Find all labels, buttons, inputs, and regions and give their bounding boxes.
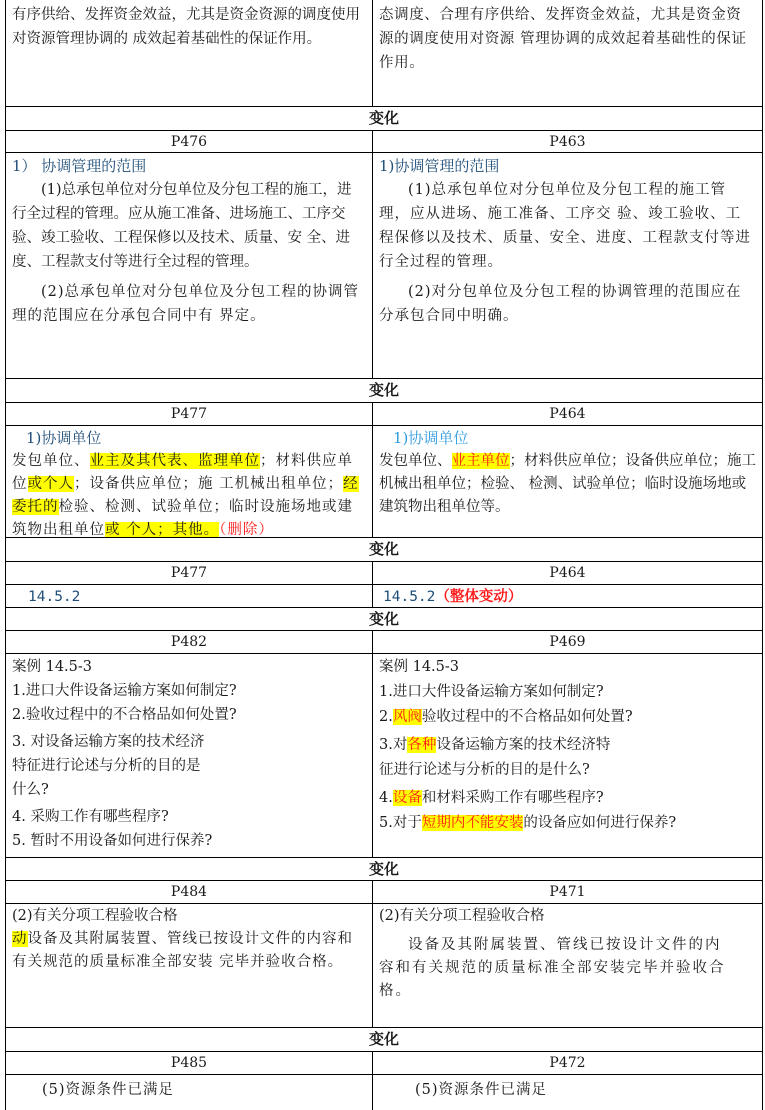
change-header-row: 变化: [5, 378, 763, 402]
old-page-number: P476: [6, 131, 373, 152]
highlighted-text: 风阀: [393, 709, 422, 725]
highlighted-text: 各种: [407, 737, 436, 753]
paragraph: (2)对分包单位及分包工程的协调管理的范围应在分承包合同中明确。: [379, 280, 756, 328]
change-label: 变化: [6, 107, 762, 130]
section-number: 14.5.2: [383, 589, 435, 605]
old-page-number: P485: [6, 1052, 373, 1074]
table-row: 案例 14.5-3 1.进口大件设备运输方案如何制定? 2.验收过程中的不合格品…: [5, 653, 763, 857]
text: 5.对于: [379, 815, 422, 831]
question: 2.风阀验收过程中的不合格品如何处置?: [379, 705, 756, 730]
text: 发包单位、: [379, 453, 452, 469]
text: 设备运输方案的技术经济特: [436, 737, 610, 753]
new-page-number: P464: [373, 403, 762, 425]
paragraph: 发包单位、业主单位；材料供应单位；设备供应单位；施工机械出租单位；检验、 检测、…: [379, 450, 756, 519]
text: ；设备供应单位；施 工机械出租单位；: [74, 476, 343, 492]
item-text: (5)资源条件已满足: [42, 1082, 174, 1098]
text: 3.对: [379, 737, 407, 753]
text: 发包单位、: [12, 453, 90, 469]
paragraph: 动设备及其附属装置、管线已按设计文件的内容和有关规范的质量标准全部安装 完毕并验…: [12, 928, 366, 974]
paragraph: 设备及其附属装置、管线已按设计文件的内容和有关规范的质量标准全部安装完毕并验收合…: [379, 934, 756, 1003]
text: 设备及其附属装置、管线已按设计文件的内容和有关规范的质量标准全部安装 完毕并验收…: [12, 931, 353, 970]
text: 的设备应如何进行保养?: [523, 815, 676, 831]
section-heading: 1)协调单位: [12, 427, 366, 450]
change-note: （整体变动）: [435, 588, 522, 605]
question: 4.设备和材料采购工作有哪些程序?: [379, 786, 756, 811]
item-text: (5)资源条件已满足: [415, 1082, 547, 1098]
table-row: 有序供给、发挥资金效益，尤其是资金资源的调度使用对资源管理协调的 成效起着基础性…: [5, 0, 763, 106]
section-heading: 1） 协调管理的范围: [12, 154, 366, 178]
old-page-number: P477: [6, 562, 373, 584]
highlighted-text: 业主单位: [452, 453, 510, 469]
table-row: (5)资源条件已满足 (5)资源条件已满足: [5, 1074, 763, 1110]
question: 特征进行论述与分析的目的是: [12, 754, 366, 778]
new-page-number: P469: [373, 631, 762, 653]
old-text: 有序供给、发挥资金效益，尤其是资金资源的调度使用对资源管理协调的 成效起着基础性…: [12, 3, 366, 51]
new-text: 态调度、合理有序供给、发挥资金效益，尤其是资金资源的调度使用对资源 管理协调的成…: [379, 3, 756, 75]
table-row: 1） 协调管理的范围 (1)总承包单位对分包单位及分包工程的施工，进行全过程的管…: [5, 152, 763, 378]
section-heading: 1)协调单位: [379, 427, 756, 450]
table-row: 14.5.2 14.5.2（整体变动）: [5, 584, 763, 607]
comparison-table: 有序供给、发挥资金效益，尤其是资金资源的调度使用对资源管理协调的 成效起着基础性…: [5, 0, 763, 1110]
item-heading: (2)有关分项工程验收合格: [379, 905, 756, 928]
new-text-cell: 案例 14.5-3 1.进口大件设备运输方案如何制定? 2.风阀验收过程中的不合…: [373, 654, 762, 857]
highlighted-text: 或个人: [28, 476, 75, 492]
highlighted-text: 动: [12, 931, 28, 947]
question: 5. 暂时不用设备如何进行保养?: [12, 829, 366, 853]
old-text-cell: 14.5.2: [6, 585, 373, 607]
highlighted-text: 或 个人；其他。: [105, 522, 219, 537]
item-heading: (2)有关分项工程验收合格: [12, 905, 366, 928]
paragraph: (1)总承包单位对分包单位及分包工程的施工管理，应从进场、施工准备、工序交 验、…: [379, 178, 756, 274]
page-row: P476 P463: [5, 130, 763, 152]
question: 3. 对设备运输方案的技术经济: [12, 730, 366, 754]
text: 验收过程中的不合格品如何处置?: [422, 709, 633, 725]
change-header-row: 变化: [5, 106, 763, 130]
new-text-cell: 态调度、合理有序供给、发挥资金效益，尤其是资金资源的调度使用对资源 管理协调的成…: [373, 0, 762, 106]
table-row: 1)协调单位 发包单位、业主及其代表、监理单位；材料供应单位或个人；设备供应单位…: [5, 425, 763, 537]
new-text-cell: (5)资源条件已满足: [373, 1075, 762, 1110]
old-text-cell: 有序供给、发挥资金效益，尤其是资金资源的调度使用对资源管理协调的 成效起着基础性…: [6, 0, 373, 106]
new-page-number: P471: [373, 881, 762, 903]
old-text-cell: (5)资源条件已满足: [6, 1075, 373, 1110]
question: 1.进口大件设备运输方案如何制定?: [12, 679, 366, 703]
change-header-row: 变化: [5, 537, 763, 561]
old-text-cell: (2)有关分项工程验收合格 动设备及其附属装置、管线已按设计文件的内容和有关规范…: [6, 904, 373, 1027]
text: 和材料采购工作有哪些程序?: [422, 790, 604, 806]
new-page-number: P463: [373, 131, 762, 152]
table-row: (2)有关分项工程验收合格 动设备及其附属装置、管线已按设计文件的内容和有关规范…: [5, 903, 763, 1027]
change-header-row: 变化: [5, 857, 763, 880]
case-title: 案例 14.5-3: [379, 655, 756, 680]
case-title: 案例 14.5-3: [12, 655, 366, 679]
new-page-number: P472: [373, 1052, 762, 1074]
question: 3.对各种设备运输方案的技术经济特: [379, 733, 756, 758]
question: 征进行论述与分析的目的是什么?: [379, 758, 756, 783]
question: 什么?: [12, 778, 366, 802]
delete-note: （删除）: [219, 522, 274, 537]
change-label: 变化: [6, 379, 762, 402]
section-number: 14.5.2: [28, 589, 80, 605]
old-text-cell: 1） 协调管理的范围 (1)总承包单位对分包单位及分包工程的施工，进行全过程的管…: [6, 153, 373, 378]
old-page-number: P477: [6, 403, 373, 425]
text: 2.: [379, 709, 393, 725]
page-row: P477 P464: [5, 402, 763, 425]
new-page-number: P464: [373, 562, 762, 584]
change-label: 变化: [6, 858, 762, 880]
change-header-row: 变化: [5, 607, 763, 630]
change-label: 变化: [6, 538, 762, 561]
new-text-cell: 14.5.2（整体变动）: [373, 585, 762, 607]
change-label: 变化: [6, 1028, 762, 1051]
page-row: P485 P472: [5, 1051, 763, 1074]
old-page-number: P482: [6, 631, 373, 653]
new-text-cell: 1)协调管理的范围 (1)总承包单位对分包单位及分包工程的施工管理，应从进场、施…: [373, 153, 762, 378]
old-text-cell: 1)协调单位 发包单位、业主及其代表、监理单位；材料供应单位或个人；设备供应单位…: [6, 426, 373, 537]
change-header-row: 变化: [5, 1027, 763, 1051]
page-row: P484 P471: [5, 880, 763, 903]
question: 4. 采购工作有哪些程序?: [12, 805, 366, 829]
highlighted-text: 短期内不能安装: [422, 815, 524, 831]
question: 5.对于短期内不能安装的设备应如何进行保养?: [379, 811, 756, 836]
question: 1.进口大件设备运输方案如何制定?: [379, 680, 756, 705]
section-heading: 1)协调管理的范围: [379, 154, 756, 178]
text: 4.: [379, 790, 393, 806]
change-label: 变化: [6, 608, 762, 630]
page-row: P482 P469: [5, 630, 763, 653]
highlighted-text: 业主及其代表、监理单位: [90, 453, 261, 469]
new-text-cell: (2)有关分项工程验收合格 设备及其附属装置、管线已按设计文件的内容和有关规范的…: [373, 904, 762, 1027]
question: 2.验收过程中的不合格品如何处置?: [12, 703, 366, 727]
paragraph: (2)总承包单位对分包单位及分包工程的协调管理的范围应在分承包合同中有 界定。: [12, 280, 366, 328]
paragraph: 发包单位、业主及其代表、监理单位；材料供应单位或个人；设备供应单位；施 工机械出…: [12, 450, 366, 537]
new-text-cell: 1)协调单位 发包单位、业主单位；材料供应单位；设备供应单位；施工机械出租单位；…: [373, 426, 762, 537]
highlighted-text: 设备: [393, 790, 422, 806]
page-row: P477 P464: [5, 561, 763, 584]
paragraph: (1)总承包单位对分包单位及分包工程的施工，进行全过程的管理。应从施工准备、进场…: [12, 178, 366, 274]
old-text-cell: 案例 14.5-3 1.进口大件设备运输方案如何制定? 2.验收过程中的不合格品…: [6, 654, 373, 857]
old-page-number: P484: [6, 881, 373, 903]
